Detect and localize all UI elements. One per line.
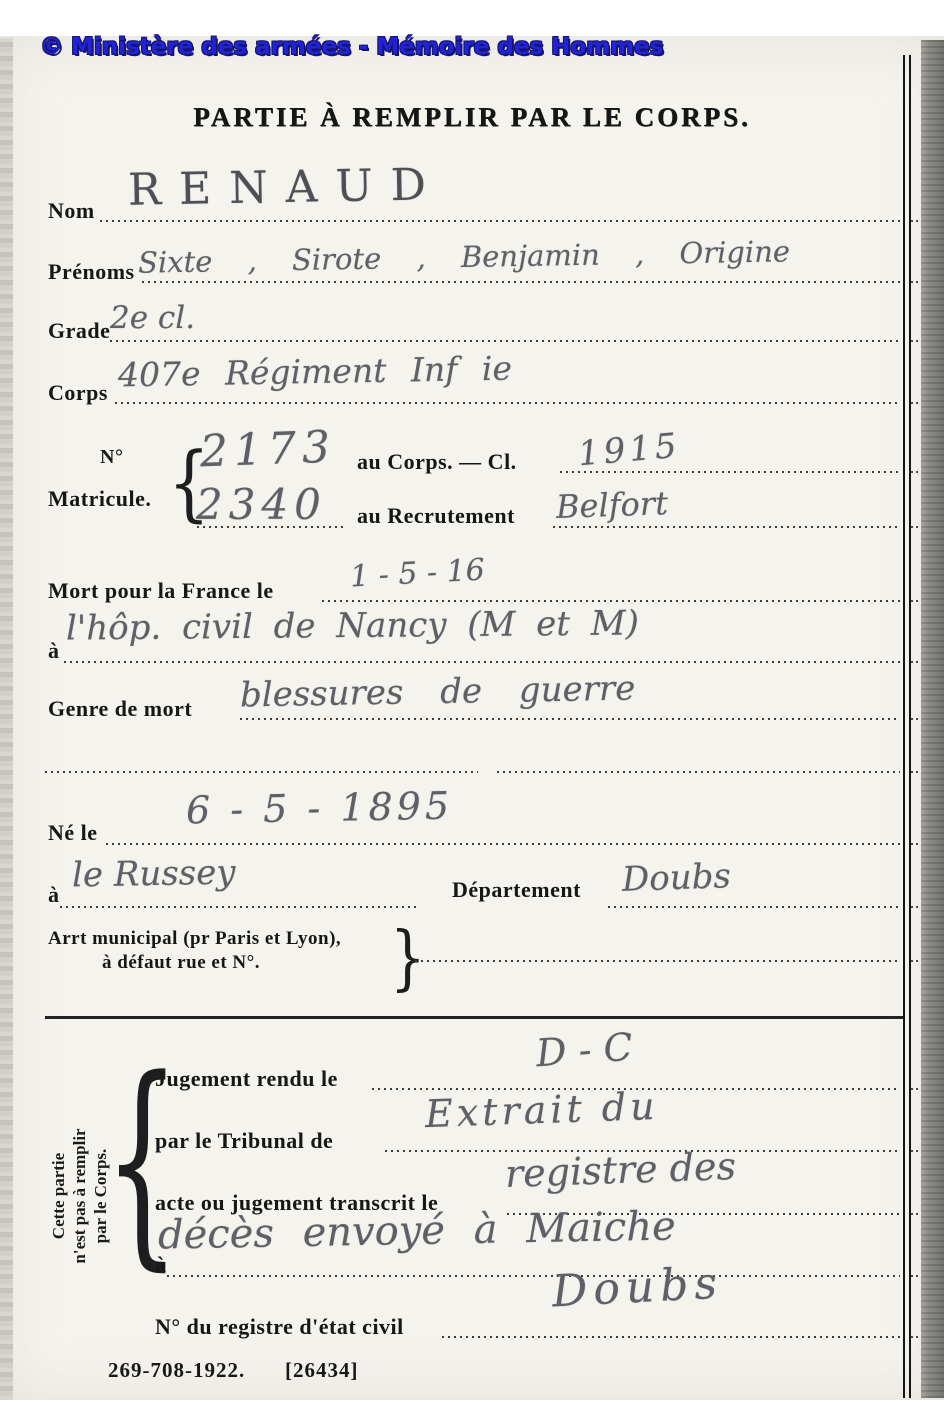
side-note-line2: n'est pas à remplir [69, 1046, 90, 1346]
dotted-stub [911, 471, 920, 473]
dotted-line-corps [115, 402, 900, 404]
field-label-numero: N° [100, 446, 123, 469]
side-note-vertical: Cette partie n'est pas à remplir par le … [48, 1046, 112, 1346]
section-separator-line [45, 1016, 903, 1019]
dotted-stub [911, 220, 920, 222]
handwritten-grade: 2e cl. [110, 300, 195, 336]
dotted-line-ne-a [60, 906, 418, 908]
dotted-stub [911, 1213, 920, 1215]
copyright-watermark: © Ministère des armées - Mémoire des Hom… [40, 34, 663, 60]
dotted-stub [911, 1275, 920, 1277]
dotted-stub [911, 1150, 920, 1152]
form-reference-bracket: [26434] [285, 1358, 359, 1383]
dotted-line-registre [442, 1336, 900, 1338]
dotted-stub [911, 600, 920, 602]
dotted-stub [911, 281, 920, 283]
field-label-departement: Département [452, 877, 581, 903]
page-left-scan-edge [0, 38, 13, 1400]
dotted-line-grade [110, 340, 900, 342]
handwritten-transcrit-le: registre des [504, 1144, 736, 1196]
dotted-stub [911, 718, 920, 720]
field-label-mort-le: Mort pour la France le [48, 578, 274, 604]
field-label-jugement-rendu: Jugement rendu le [155, 1066, 338, 1092]
handwritten-tribunal: Extrait du [424, 1084, 659, 1136]
handwritten-transcrit-a: décès envoyé à Maiche [158, 1203, 676, 1258]
field-label-prenoms: Prénoms [48, 259, 135, 285]
dotted-line-arrondissement [415, 960, 898, 962]
dotted-stub [911, 960, 920, 962]
dotted-line-blank-left [45, 771, 478, 773]
dotted-line-prenoms [142, 281, 900, 283]
dotted-stub [911, 1336, 920, 1338]
handwritten-matricule-recrutement: 2340 [196, 480, 327, 529]
field-label-grade: Grade [48, 318, 110, 344]
field-label-au-corps: au Corps. — Cl. [357, 449, 517, 475]
handwritten-mort-date: 1 - 5 - 16 [349, 552, 485, 594]
handwritten-recrutement: Belfort [555, 484, 668, 526]
dotted-line-blank-right [497, 771, 900, 773]
field-label-nom: Nom [48, 198, 95, 224]
field-label-arrondissement-2: à défaut rue et N°. [102, 952, 260, 974]
form-reference-number: 269-708-1922. [108, 1358, 245, 1383]
dotted-line-genre [240, 718, 900, 720]
handwritten-naissance-date: 6 - 5 - 1895 [186, 784, 454, 833]
dotted-stub [911, 906, 920, 908]
dotted-line-recrutement [553, 526, 900, 528]
field-label-genre-de-mort: Genre de mort [48, 696, 192, 722]
dotted-line-ne-le [106, 843, 900, 845]
vertical-rule-outer [903, 55, 905, 1398]
dotted-line-transcrit-a [167, 1275, 900, 1277]
dotted-line-nom [100, 220, 900, 222]
field-label-ne-a: à [48, 882, 60, 908]
handwritten-genre-de-mort: blessures de guerre [240, 669, 636, 716]
dotted-line-mort-a [64, 661, 900, 663]
field-label-arrondissement-1: Arrt municipal (pr Paris et Lyon), [48, 928, 341, 950]
vertical-rule-inner [909, 55, 911, 1398]
page-title: PARTIE À REMPLIR PAR LE CORPS. [0, 102, 944, 133]
dotted-stub [911, 1088, 920, 1090]
handwritten-matricule-corps: 2173 [199, 422, 337, 478]
dotted-stub [911, 843, 920, 845]
dotted-stub [911, 340, 920, 342]
field-label-corps: Corps [48, 380, 108, 406]
dotted-line-departement [608, 906, 900, 908]
field-label-ne-le: Né le [48, 820, 98, 846]
dotted-stub [911, 661, 920, 663]
field-label-matricule: Matricule. [48, 486, 151, 512]
handwritten-registre-etat-civil: Doubs [551, 1258, 724, 1318]
handwritten-naissance-lieu: le Russey [72, 853, 236, 896]
scanned-military-death-record: © Ministère des armées - Mémoire des Hom… [0, 0, 944, 1417]
dotted-line-mort-le [322, 600, 900, 602]
dotted-stub [911, 771, 920, 773]
arrondissement-brace: } [390, 924, 426, 994]
field-label-mort-a: à [48, 638, 60, 664]
side-note-line1: Cette partie [48, 1046, 69, 1346]
dotted-stub [911, 402, 920, 404]
field-label-au-recrutement: au Recrutement [357, 503, 515, 529]
book-binding-edge [921, 40, 944, 1398]
handwritten-nom: RENAUD [128, 159, 445, 216]
handwritten-mort-lieu: l'hôp. civil de Nancy (M et M) [66, 604, 639, 649]
dotted-stub [911, 526, 920, 528]
handwritten-departement: Doubs [621, 856, 731, 900]
field-label-registre-etat-civil: N° du registre d'état civil [155, 1314, 404, 1340]
handwritten-jugement-rendu: D - C [535, 1025, 634, 1076]
dotted-line-under-2340 [197, 526, 345, 528]
handwritten-corps: 407e Régiment Inf ie [118, 349, 513, 395]
field-label-tribunal: par le Tribunal de [155, 1128, 333, 1154]
